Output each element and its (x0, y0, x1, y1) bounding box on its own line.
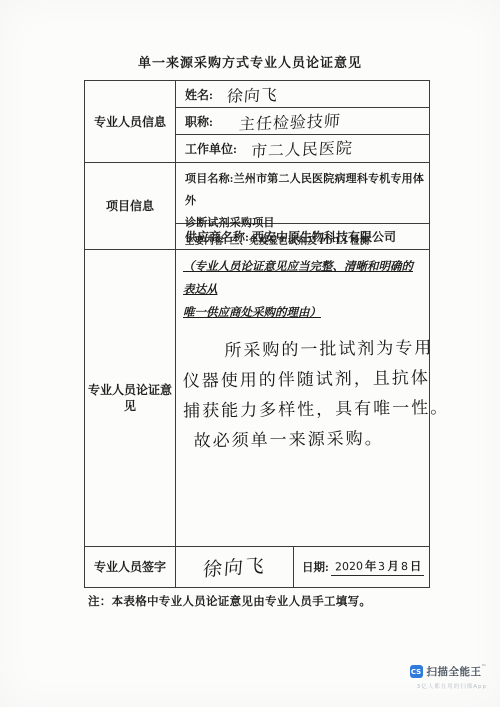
name-handwritten-value: 徐向飞 (226, 82, 279, 107)
work-unit-field-row: 工作单位: 市二人民医院 (176, 135, 429, 162)
opinion-label: 专业人员论证意见 (85, 250, 176, 546)
date-cell: 日期: 2020 年 3 月 8 日 (294, 547, 429, 587)
opinion-handwritten-text: 所采购的一批试剂为专用 仪器使用的伴随试剂，且抗体 捕获能力多样性，具有唯一性。… (182, 333, 424, 456)
signature-row: 专业人员签字 徐向飞 日期: 2020 年 3 月 8 日 (85, 546, 429, 587)
project-fields: 项目名称:兰州市第二人民医院病理科专机专用体外 诊断试剂采购项目 主要内容: 三… (176, 163, 429, 249)
opinion-instruction-note: （专业人员论证意见应当完整、清晰和明确的表达从 唯一供应商处采购的理由） (183, 256, 423, 325)
job-title-label: 职称: (185, 113, 213, 130)
project-name-line1: 项目名称:兰州市第二人民医院病理科专机专用体外 (185, 168, 425, 212)
work-unit-handwritten-value: 市二人民医院 (250, 135, 354, 162)
camscanner-app-name: 扫描全能王™ (427, 664, 488, 679)
signature-cell: 徐向飞 (176, 547, 294, 587)
scanned-document-page: 单一来源采购方式专业人员论证意见 专业人员信息 姓名: 徐向飞 职称: 主任检验… (0, 0, 500, 707)
personnel-info-row: 专业人员信息 姓名: 徐向飞 职称: 主任检验技师 工作单位: 市二人民医院 (85, 81, 429, 162)
job-title-handwritten-value: 主任检验技师 (238, 108, 342, 135)
date-year-handwritten: 2020 (335, 560, 363, 574)
camscanner-badge-icon: CS (410, 665, 423, 678)
work-unit-label: 工作单位: (185, 140, 237, 157)
supplier-name-row: 供应商名称: 西安中原生物科技有限公司 (176, 224, 429, 249)
name-field-row: 姓名: 徐向飞 (176, 81, 429, 108)
opinion-cell: （专业人员论证意见应当完整、清晰和明确的表达从 唯一供应商处采购的理由） 所采购… (176, 250, 429, 455)
date-month-handwritten: 3 (378, 560, 385, 573)
form-table: 专业人员信息 姓名: 徐向飞 职称: 主任检验技师 工作单位: 市二人民医院 项… (84, 80, 430, 588)
job-title-field-row: 职称: 主任检验技师 (176, 108, 429, 135)
form-footnote: 注：本表格中专业人员论证意见由专业人员手工填写。 (88, 593, 371, 609)
project-name-cell: 项目名称:兰州市第二人民医院病理科专机专用体外 诊断试剂采购项目 主要内容: 三… (176, 163, 429, 224)
date-day-handwritten: 8 (401, 560, 408, 573)
date-label: 日期: (302, 559, 329, 575)
project-info-label: 项目信息 (85, 163, 176, 249)
opinion-line-3: 捕获能力多样性，具有唯一性。 (183, 393, 423, 426)
name-label: 姓名: (185, 86, 213, 103)
camscanner-tagline: 3亿人都在用的扫描App (417, 682, 487, 690)
opinion-line-2: 仪器使用的伴随试剂，且抗体 (183, 363, 423, 396)
date-year-unit: 年 (365, 558, 377, 574)
personnel-fields: 姓名: 徐向飞 职称: 主任检验技师 工作单位: 市二人民医院 (176, 81, 429, 162)
opinion-note-line1: （专业人员论证意见应当完整、清晰和明确的表达从 (183, 261, 413, 296)
personnel-info-label: 专业人员信息 (85, 81, 176, 162)
date-day-unit: 日 (410, 558, 422, 574)
signature-label: 专业人员签字 (85, 547, 176, 587)
opinion-line-1: 所采购的一批试剂为专用 (182, 333, 422, 366)
trademark-symbol: ™ (482, 664, 488, 670)
opinion-note-line2: 唯一供应商处采购的理由） (183, 307, 321, 319)
date-month-unit: 月 (387, 558, 399, 574)
project-info-row: 项目信息 项目名称:兰州市第二人民医院病理科专机专用体外 诊断试剂采购项目 主要… (85, 162, 429, 249)
document-title: 单一来源采购方式专业人员论证意见 (0, 52, 500, 71)
opinion-line-4: 故必须单一来源采购。 (183, 423, 423, 456)
date-value: 2020 年 3 月 8 日 (331, 558, 425, 576)
opinion-row: 专业人员论证意见 （专业人员论证意见应当完整、清晰和明确的表达从 唯一供应商处采… (85, 249, 429, 546)
camscanner-watermark: CS 扫描全能王™ 3亿人都在用的扫描App (327, 664, 487, 690)
handwritten-signature: 徐向飞 (202, 551, 267, 584)
